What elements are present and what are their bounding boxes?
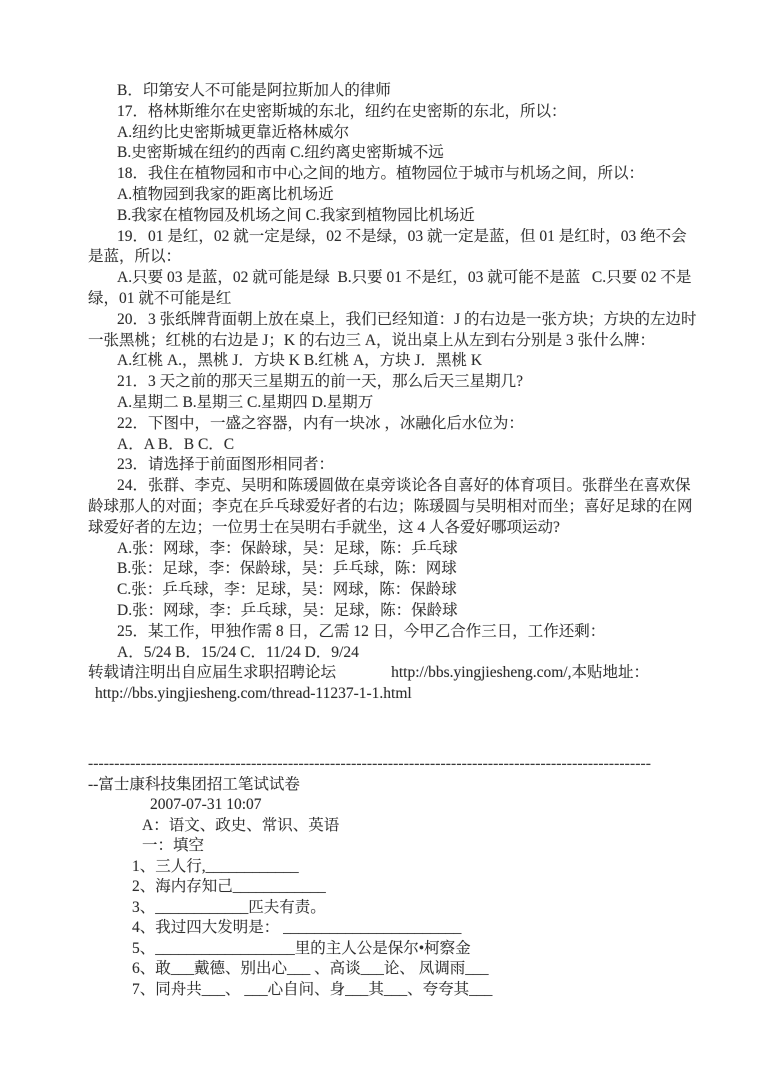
question-24: 24．张群、李克、吴明和陈瑗圆做在桌旁谈论各自喜好的体育项目。张群坐在喜欢保 bbox=[88, 476, 733, 497]
questions-section: B．印第安人不可能是阿拉斯加人的律师 17．格林斯维尔在史密斯城的东北，纽约在史… bbox=[88, 81, 733, 705]
question-24-cont: 球爱好者的左边；一位男士在吴明右手就坐，这 4 人各爱好哪项运动? bbox=[88, 518, 733, 539]
option-line: B.张：足球，李：保龄球，吴：乒乓球，陈：网球 bbox=[88, 559, 733, 580]
question-20-cont: 一张黑桃；红桃的右边是 J；K 的右边三 A，说出桌上从左到右分别是 3 张什么… bbox=[88, 331, 733, 352]
fill-blank-item-3: 3、____________匹夫有责。 bbox=[88, 898, 733, 919]
source-site-url: http://bbs.yingjiesheng.com/,本贴地址： bbox=[391, 663, 649, 684]
exam-section: ----------------------------------------… bbox=[88, 754, 733, 1000]
fill-blank-item-1: 1、三人行,____________ bbox=[88, 857, 733, 878]
option-line: B.史密斯城在纽约的西南 C.纽约离史密斯城不远 bbox=[88, 143, 733, 164]
option-line: A.纽约比史密斯城更靠近格林威尔 bbox=[88, 123, 733, 144]
question-22: 22．下图中，一盛之容器，内有一块冰 ，冰融化后水位为： bbox=[88, 414, 733, 435]
question-20: 20．3 张纸牌背面朝上放在桌上，我们已经知道：J 的右边是一张方块；方块的左边… bbox=[88, 310, 733, 331]
option-line: B．印第安人不可能是阿拉斯加人的律师 bbox=[88, 81, 733, 102]
option-line-cont: 绿，01 就不可能是红 bbox=[88, 289, 733, 310]
option-line: D.张：网球，李：乒乓球，吴：足球，陈：保龄球 bbox=[88, 601, 733, 622]
exam-section-label: A：语文、政史、常识、英语 bbox=[88, 816, 733, 837]
forum-credit-text: 转载请注明出自应届生求职招聘论坛 bbox=[88, 663, 336, 684]
option-line: A.星期二 B.星期三 C.星期四 D.星期万 bbox=[88, 393, 733, 414]
question-19: 19．01 是红，02 就一定是绿，02 不是绿，03 就一定是蓝，但 01 是… bbox=[88, 227, 733, 248]
question-24-cont: 龄球那人的对面；李克在乒乓球爱好者的右边；陈瑗圆与吴明相对而坐；喜好足球的在网 bbox=[88, 497, 733, 518]
option-line: B.我家在植物园及机场之间 C.我家到植物园比机场近 bbox=[88, 206, 733, 227]
question-19-cont: 是蓝，所以： bbox=[88, 247, 733, 268]
option-line: A.植物园到我家的距离比机场近 bbox=[88, 185, 733, 206]
option-line: A．A B．B C．C bbox=[88, 435, 733, 456]
fill-blank-item-5: 5、__________________里的主人公是保尔•柯察金 bbox=[88, 939, 733, 960]
section-divider: ----------------------------------------… bbox=[88, 754, 651, 775]
option-line: A．5/24 B．15/24 C．11/24 D．9/24 bbox=[88, 643, 733, 664]
option-line: C.张：乒乓球，李：足球，吴：网球，陈：保龄球 bbox=[88, 580, 733, 601]
question-23: 23．请选择于前面图形相同者： bbox=[88, 455, 733, 476]
question-25: 25．某工作，甲独作需 8 日，乙需 12 日，今甲乙合作三日，工作还剩： bbox=[88, 622, 733, 643]
exam-part-label: 一：填空 bbox=[88, 836, 733, 857]
option-line: A.只要 03 是蓝，02 就可能是绿 B.只要 01 不是红，03 就可能不是… bbox=[88, 268, 733, 289]
fill-blank-item-6: 6、敢___戴德、别出心___ 、高谈___论、 凤调雨___ bbox=[88, 959, 733, 980]
fill-blank-item-2: 2、海内存知己____________ bbox=[88, 877, 733, 898]
document-page: B．印第安人不可能是阿拉斯加人的律师 17．格林斯维尔在史密斯城的东北，纽约在史… bbox=[0, 0, 763, 1080]
exam-title: --富士康科技集团招工笔试试卷 bbox=[88, 775, 733, 796]
thread-url: http://bbs.yingjiesheng.com/thread-11237… bbox=[88, 684, 733, 705]
fill-blank-item-7: 7、同舟共___、 ___心自问、身___其___、夸夸其___ bbox=[88, 980, 733, 1001]
question-21: 21．3 天之前的那天三星期五的前一天，那么后天三星期几? bbox=[88, 372, 733, 393]
option-line: A.张：网球，李：保龄球，吴：足球，陈：乒乓球 bbox=[88, 539, 733, 560]
exam-timestamp: 2007-07-31 10:07 bbox=[88, 795, 733, 816]
question-17: 17．格林斯维尔在史密斯城的东北，纽约在史密斯的东北，所以： bbox=[88, 102, 733, 123]
question-18: 18．我住在植物园和市中心之间的地方。植物园位于城市与机场之间，所以： bbox=[88, 164, 733, 185]
forum-credit-row: 转载请注明出自应届生求职招聘论坛 http://bbs.yingjiesheng… bbox=[88, 663, 649, 684]
fill-blank-item-4: 4、我过四大发明是： _______________________ bbox=[88, 918, 733, 939]
option-line: A.红桃 A.，黑桃 J．方块 K B.红桃 A，方块 J．黑桃 K bbox=[88, 351, 733, 372]
